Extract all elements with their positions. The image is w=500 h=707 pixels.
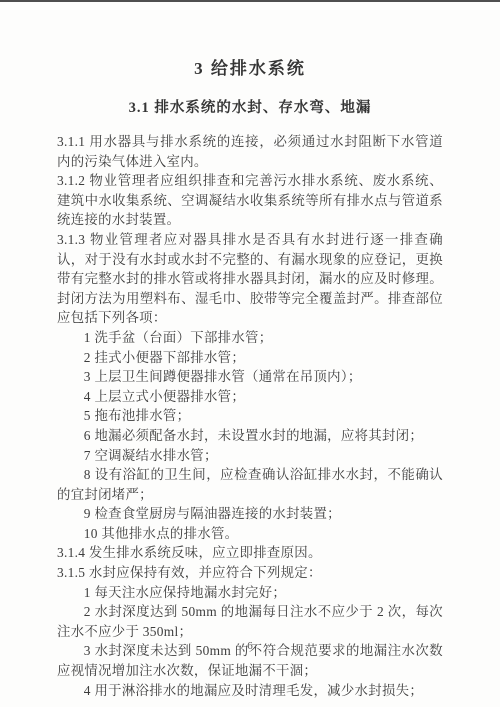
scan-edge-line [0,0,500,2]
list-item: 4 用于淋浴排水的地漏应及时清理毛发，减少水封损失； [57,681,443,701]
page-number: 6 [0,640,500,652]
document-page: 3 给排水系统 3.1 排水系统的水封、存水弯、地漏 3.1.1 用水器具与排水… [0,0,500,707]
list-item: 1 洗手盆（台面）下部排水管； [57,328,443,348]
list-item: 1 每天注水应保持地漏水封完好； [57,583,443,603]
clause-paragraph: 3.1.5 水封应保持有效，并应符合下列规定： [57,563,443,583]
clause-paragraph: 3.1.3 物业管理者应对器具排水是否具有水封进行逐一排查确认，对于没有水封或水… [57,230,443,328]
chapter-title: 3 给排水系统 [57,54,443,79]
list-item: 4 上层立式小便器排水管； [57,387,443,407]
list-item: 6 地漏必须配备水封，未设置水封的地漏，应将其封闭； [57,426,443,446]
document-body: 3.1.1 用水器具与排水系统的连接，必须通过水封阻断下水管道内的污染气体进入室… [57,132,443,700]
section-title: 3.1 排水系统的水封、存水弯、地漏 [57,96,443,117]
list-item: 2 挂式小便器下部排水管； [57,348,443,368]
list-item: 5 拖布池排水管； [57,406,443,426]
list-item: 2 水封深度达到 50mm 的地漏每日注水不应少于 2 次，每次注水不应少于 3… [57,602,443,641]
clause-paragraph: 3.1.1 用水器具与排水系统的连接，必须通过水封阻断下水管道内的污染气体进入室… [57,132,443,171]
list-item: 8 设有浴缸的卫生间，应检查确认浴缸排水水封，不能确认的宜封闭堵严； [57,465,443,504]
clause-paragraph: 3.1.2 物业管理者应组织排查和完善污水排水系统、废水系统、建筑中水收集系统、… [57,171,443,230]
list-item: 3 上层卫生间蹲便器排水管（通常在吊顶内）； [57,367,443,387]
clause-paragraph: 3.1.4 发生排水系统反味，应立即排查原因。 [57,543,443,563]
list-item: 9 检查食堂厨房与隔油器连接的水封装置； [57,504,443,524]
list-item: 10 其他排水点的排水管。 [57,524,443,544]
list-item: 7 空调凝结水排水管； [57,446,443,466]
